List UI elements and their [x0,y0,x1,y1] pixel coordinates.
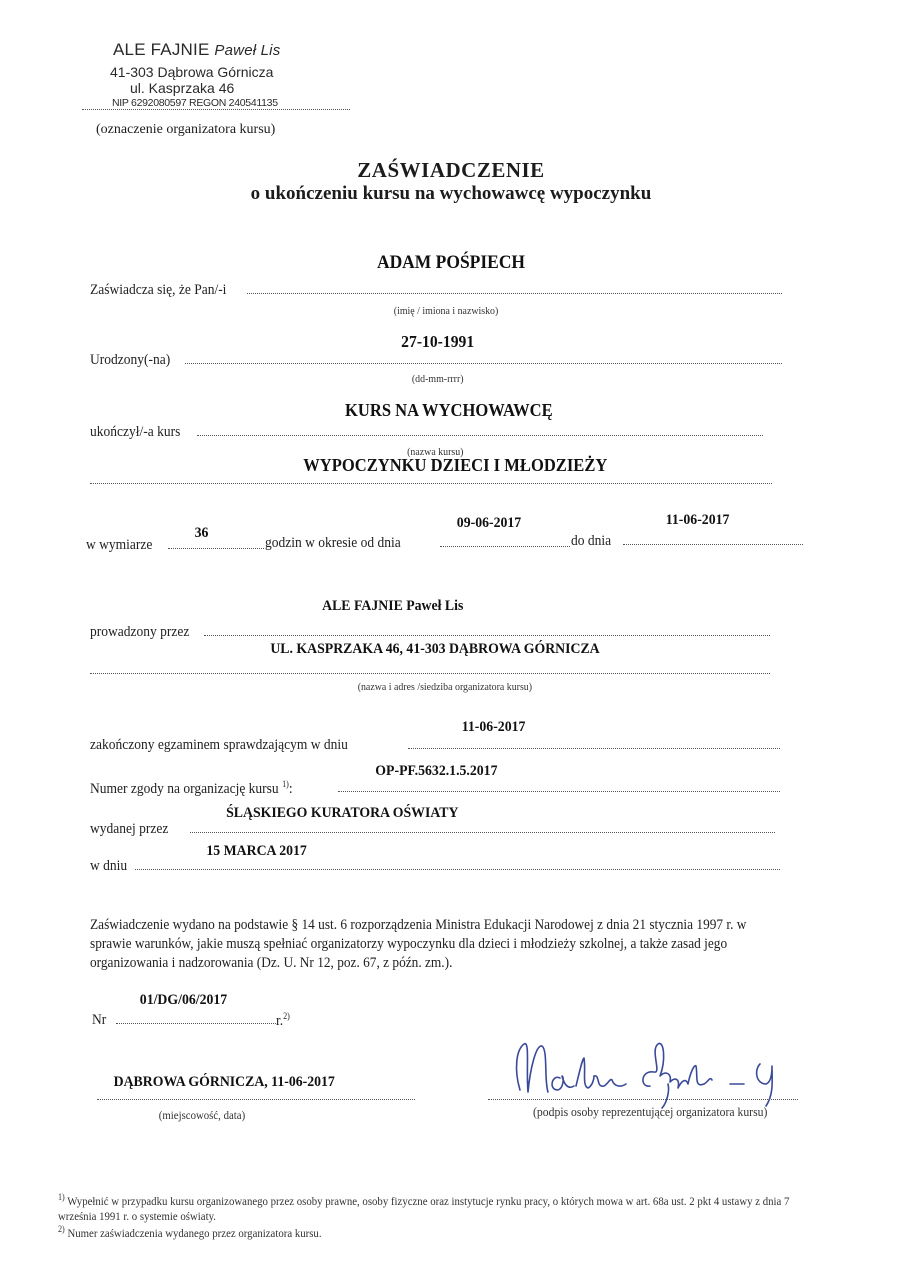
holder-name-dots [247,292,782,294]
permit-label-text: Numer zgody na organizację kursu [90,781,279,797]
footnote-1-text: Wypełnić w przypadku kursu organizowaneg… [58,1194,789,1223]
stamp-caption: (oznaczenie organizatora kursu) [96,122,275,138]
permit-label-suffix: : [289,781,293,797]
stamp-org-name: ALE FAJNIE [113,40,209,59]
certificate-footnote-ref: 2) [283,1011,290,1021]
stamp-org-owner: Paweł Lis [214,42,280,59]
footnote-2-ref: 2) [58,1224,65,1234]
exam-label: zakończony egzaminem sprawdzającym w dni… [90,737,348,754]
hours-dots [168,547,264,549]
from-date-dots [440,545,570,547]
stamp-city: 41-303 Dąbrowa Górnicza [110,64,273,80]
stamp-dotted-line [82,108,350,110]
course-name-line1: KURS NA WYCHOWAWCĘ [345,400,553,421]
course-dots-2 [90,482,772,484]
certificate-year-abbrev: r. [276,1013,283,1029]
footnote-2-text: Numer zaświadczenia wydanego przez organ… [67,1226,321,1240]
birth-date-caption: (dd-mm-rrrr) [412,373,464,385]
issuer-value: ŚLĄSKIEGO KURATORA OŚWIATY [226,805,458,822]
course-dots [197,434,763,436]
organizer-stamp-name: ALE FAJNIE Paweł Lis [113,40,280,60]
holder-name-label: Zaświadcza się, że Pan/-i [90,282,226,299]
issuer-dots [190,831,775,833]
footnote-1: 1) Wypełnić w przypadku kursu organizowa… [58,1190,796,1224]
hours-value: 36 [195,525,209,542]
certificate-number-label: Nr [92,1012,106,1029]
issuer-label: wydanej przez [90,821,168,838]
organizer-dots [204,634,770,636]
birth-date-dots [185,362,782,364]
holder-name-value: ADAM POŚPIECH [36,252,866,274]
document-subtitle: o ukończeniu kursu na wychowawcę wypoczy… [0,183,902,205]
course-name-line2: WYPOCZYNKU DZIECI I MŁODZIEŻY [303,455,607,476]
stamp-street: ul. Kasprzaka 46 [130,80,234,96]
organizer-label: prowadzony przez [90,624,189,641]
certificate-number-value: 01/DG/06/2017 [140,992,227,1009]
signature-dots [488,1098,798,1100]
to-date-value: 11-06-2017 [666,512,730,529]
birth-date-value: 27-10-1991 [401,332,474,352]
organizer-dots-2 [90,672,770,674]
course-label: ukończył/-a kurs [90,424,180,441]
organizer-caption: (nazwa i adres /siedziba organizatora ku… [358,681,532,693]
exam-date-value: 11-06-2017 [462,719,526,736]
birth-date-label: Urodzony(-na) [90,352,170,369]
footnote-1-ref: 1) [58,1192,65,1202]
organizer-name-value: ALE FAJNIE Paweł Lis [322,598,463,615]
organizer-address-value: UL. KASPRZAKA 46, 41-303 DĄBROWA GÓRNICZ… [270,641,599,658]
permit-number-value: OP-PF.5632.1.5.2017 [375,763,497,780]
footnote-2: 2) Numer zaświadczenia wydanego przez or… [58,1222,796,1241]
holder-name-caption: (imię / imiona i nazwisko) [394,305,498,317]
issue-date-label: w dniu [90,858,127,875]
certificate-number-suffix: r.2) [276,1011,290,1030]
place-date-dots [97,1098,415,1100]
duration-label-to: do dnia [571,533,611,550]
place-date-value: DĄBROWA GÓRNICZA, 11-06-2017 [114,1074,335,1091]
place-date-caption: (miejscowość, data) [159,1108,245,1123]
legal-basis-text: Zaświadczenie wydano na podstawie § 14 u… [90,916,789,973]
duration-label-hours: godzin w okresie od dnia [265,535,401,552]
document-title: ZAŚWIADCZENIE [0,158,902,183]
permit-dots [338,790,780,792]
issue-date-dots [135,868,780,870]
exam-dots [408,747,780,749]
from-date-value: 09-06-2017 [457,515,521,532]
signature-caption: (podpis osoby reprezentującej organizato… [533,1104,767,1120]
permit-footnote-ref: 1) [282,779,289,789]
permit-label: Numer zgody na organizację kursu 1): [90,779,293,798]
to-date-dots [623,543,803,545]
issue-date-value: 15 MARCA 2017 [206,843,306,860]
certificate-number-dots [116,1022,276,1024]
duration-label-prefix: w wymiarze [86,537,152,554]
